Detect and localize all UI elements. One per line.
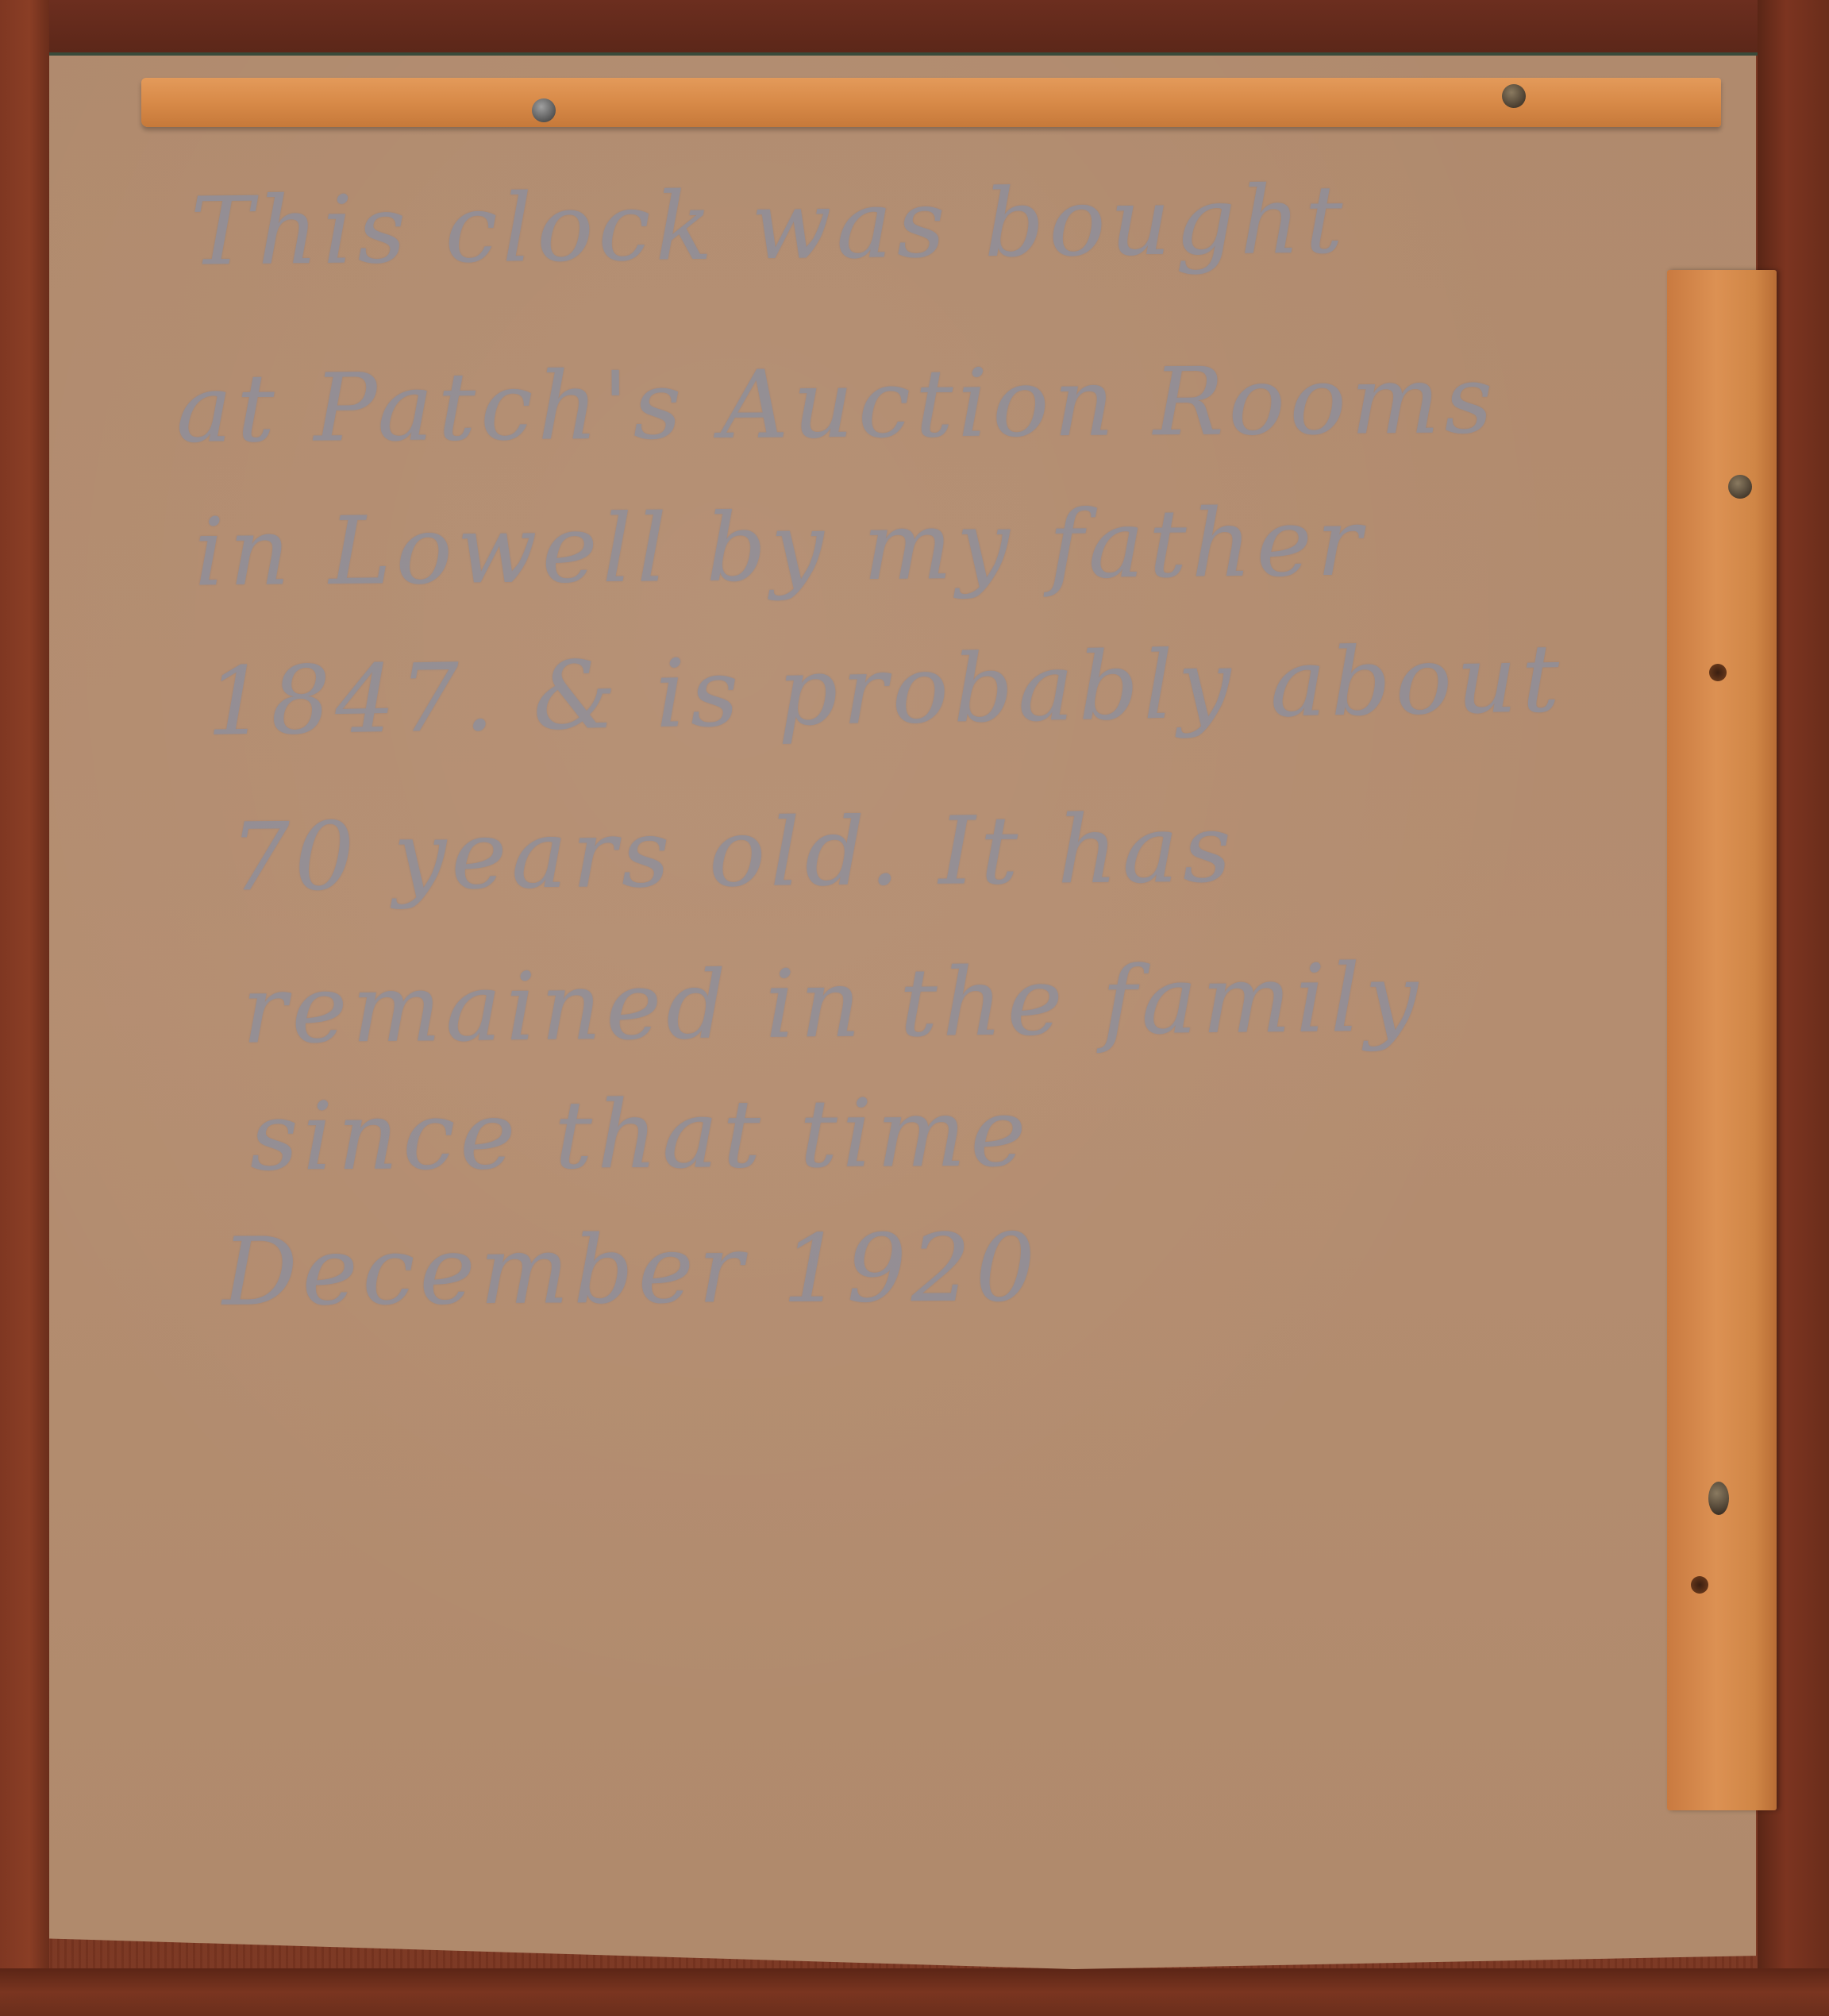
inscription-line-6: remained in the family: [241, 942, 1423, 1065]
inscription-line-1: This clock was bought: [190, 164, 1348, 286]
inscription-line-4: 1847. & is probably about: [206, 623, 1565, 757]
inscription-line-3: in Lowell by my father: [194, 488, 1366, 607]
right-wooden-strip: [1667, 270, 1777, 1810]
inscription-line-5: 70 years old. It has: [229, 793, 1236, 912]
nail-head-icon: [1728, 475, 1752, 499]
top-wooden-strip: [141, 78, 1721, 127]
nail-head-icon: [532, 98, 556, 122]
inscription-line-7: since that time: [250, 1077, 1031, 1191]
nail-head-icon: [1708, 1482, 1729, 1515]
nail-head-icon: [1502, 84, 1526, 108]
inscription-line-8: December 1920: [222, 1212, 1041, 1326]
inscription-line-2: at Patch's Auction Rooms: [176, 345, 1498, 464]
nail-hole-icon: [1691, 1576, 1708, 1594]
nail-hole-icon: [1709, 664, 1727, 681]
handwritten-inscription: This clock was bought at Patch's Auction…: [0, 0, 1829, 2016]
